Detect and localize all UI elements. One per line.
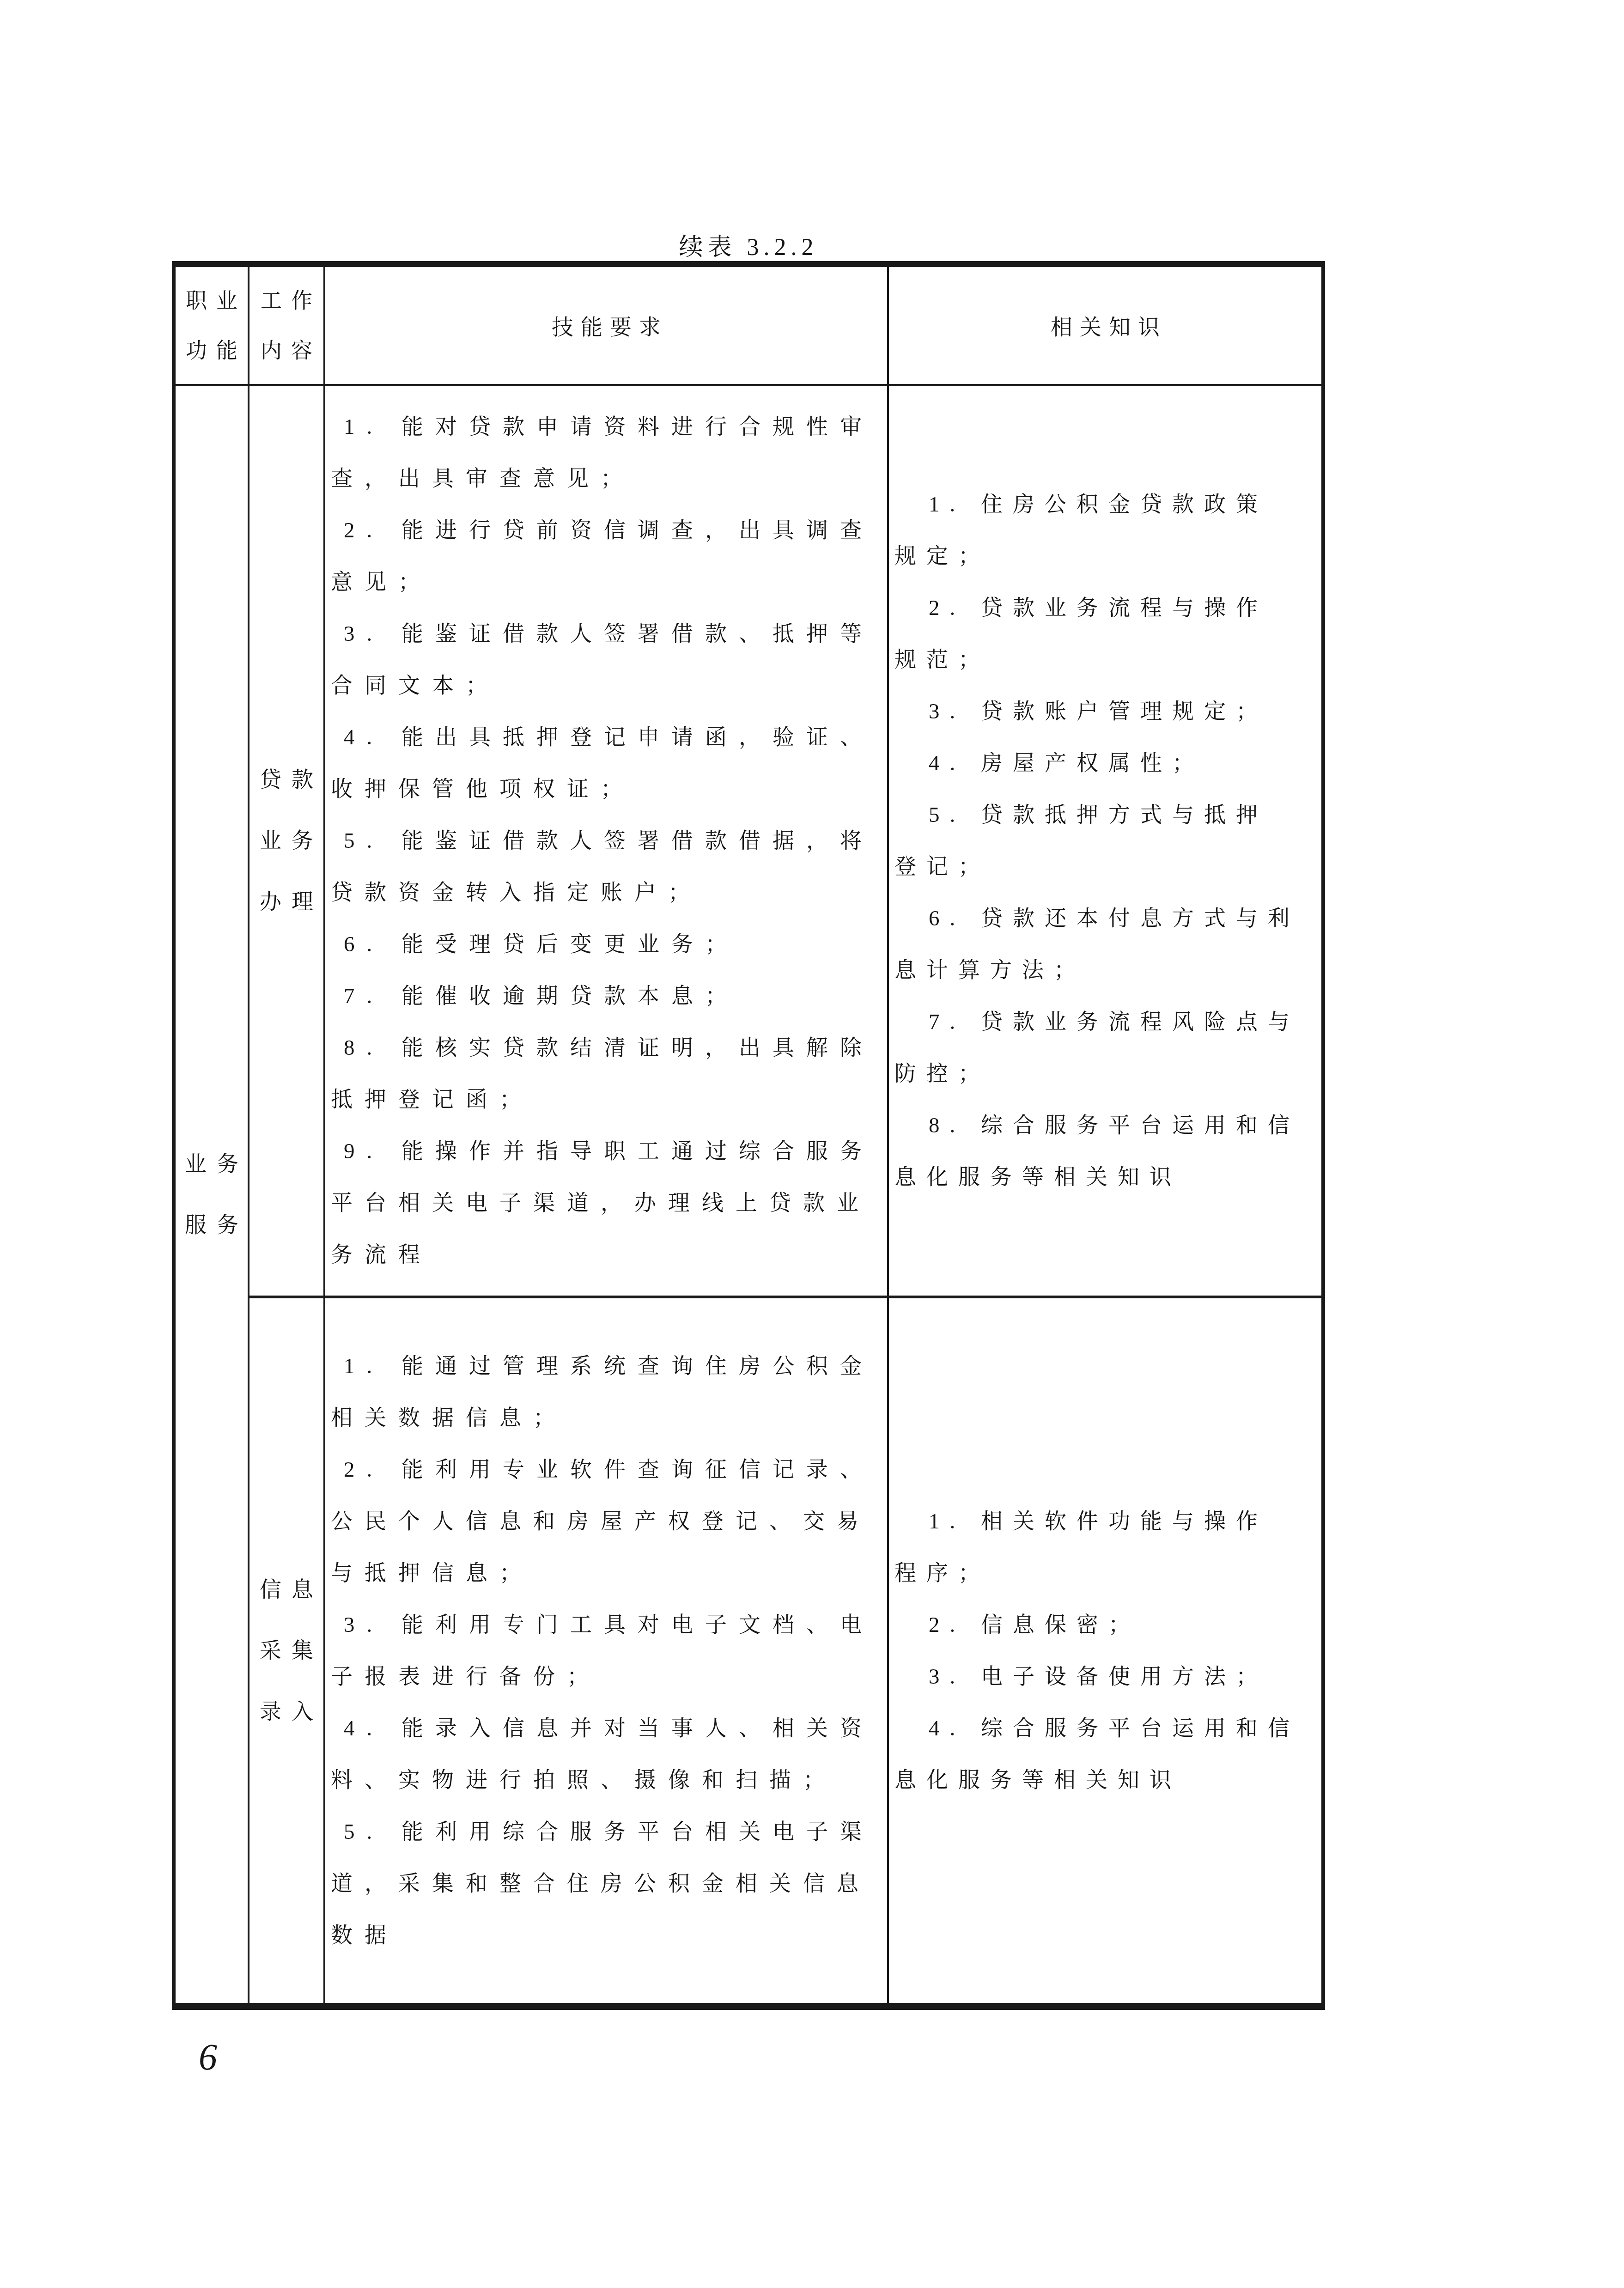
- header-label-skill-requirements: 技能要求: [552, 310, 668, 341]
- item-first-line: 7. 贷款业务流程风险点与: [894, 996, 1317, 1048]
- label-line: 功能: [186, 326, 247, 376]
- item-first-line: 4. 能出具抵押登记申请函，验证、: [331, 712, 882, 763]
- item-wrap-line: 息化服务等相关知识: [894, 1754, 1317, 1806]
- label-line: 采集: [260, 1620, 323, 1681]
- item-first-line: 4. 房屋产权属性；: [894, 737, 1317, 789]
- item-first-line: 1. 能通过管理系统查询住房公积金: [331, 1340, 882, 1392]
- label-line: 贷款: [260, 749, 323, 810]
- item-wrap-line: 登记；: [894, 841, 1317, 893]
- item-wrap-line: 程序；: [894, 1547, 1317, 1599]
- item-first-line: 7. 能催收逾期贷款本息；: [331, 970, 882, 1022]
- item-first-line: 5. 能鉴证借款人签署借款借据，将: [331, 815, 882, 867]
- item-first-line: 6. 能受理贷后变更业务；: [331, 919, 882, 970]
- item-first-line: 3. 能利用专门工具对电子文档、电: [331, 1599, 882, 1651]
- cell-knowledge-loan-processing: 1. 住房公积金贷款政策规定；2. 贷款业务流程与操作规范；3. 贷款账户管理规…: [889, 386, 1321, 1298]
- item-wrap-line: 收押保管他项权证；: [331, 763, 882, 815]
- item-wrap-line: 数据: [331, 1910, 882, 1961]
- item-first-line: 2. 信息保密；: [894, 1599, 1317, 1651]
- item-wrap-line: 料、实物进行拍照、摄像和扫描；: [331, 1754, 882, 1806]
- cell-work-content-loan-processing: 贷款业务办理: [249, 386, 325, 1298]
- item-first-line: 3. 能鉴证借款人签署借款、抵押等: [331, 608, 882, 660]
- label-line: 业务: [185, 1134, 249, 1195]
- item-first-line: 4. 综合服务平台运用和信: [894, 1703, 1317, 1754]
- label-line: 内容: [261, 326, 322, 376]
- label-line: 业务: [260, 810, 323, 871]
- item-first-line: 3. 贷款账户管理规定；: [894, 686, 1317, 737]
- item-wrap-line: 规范；: [894, 634, 1317, 686]
- label-line: 信息: [260, 1559, 323, 1620]
- label-line: 职业: [186, 276, 247, 326]
- item-first-line: 1. 相关软件功能与操作: [894, 1496, 1317, 1547]
- item-first-line: 4. 能录入信息并对当事人、相关资: [331, 1703, 882, 1754]
- item-wrap-line: 子报表进行备份；: [331, 1651, 882, 1703]
- item-first-line: 2. 贷款业务流程与操作: [894, 582, 1317, 634]
- header-label-related-knowledge: 相关知识: [1051, 310, 1167, 341]
- item-wrap-line: 贷款资金转入指定账户；: [331, 867, 882, 919]
- item-first-line: 3. 电子设备使用方法；: [894, 1651, 1317, 1703]
- item-wrap-line: 道，采集和整合住房公积金相关信息: [331, 1858, 882, 1910]
- cell-skills-loan-processing: 1. 能对贷款申请资料进行合规性审查，出具审查意见；2. 能进行贷前资信调查，出…: [325, 386, 889, 1298]
- item-wrap-line: 规定；: [894, 530, 1317, 582]
- item-first-line: 5. 贷款抵押方式与抵押: [894, 789, 1317, 841]
- item-wrap-line: 务流程: [331, 1229, 882, 1281]
- item-wrap-line: 与抵押信息；: [331, 1547, 882, 1599]
- cell-knowledge-info-collection: 1. 相关软件功能与操作程序；2. 信息保密；3. 电子设备使用方法；4. 综合…: [889, 1298, 1321, 2003]
- header-cell-occupation-function: 职业功能: [176, 267, 249, 386]
- label-line: 录入: [260, 1681, 323, 1742]
- item-first-line: 8. 能核实贷款结清证明，出具解除: [331, 1022, 882, 1074]
- page-title: 续表 3.2.2: [172, 227, 1325, 262]
- cell-skills-info-collection: 1. 能通过管理系统查询住房公积金相关数据信息；2. 能利用专业软件查询征信记录…: [325, 1298, 889, 2003]
- item-wrap-line: 查，出具审查意见；: [331, 453, 882, 505]
- item-wrap-line: 相关数据信息；: [331, 1392, 882, 1444]
- item-first-line: 9. 能操作并指导职工通过综合服务: [331, 1126, 882, 1177]
- item-wrap-line: 公民个人信息和房屋产权登记、交易: [331, 1496, 882, 1547]
- item-wrap-line: 平台相关电子渠道，办理线上贷款业: [331, 1177, 882, 1229]
- item-wrap-line: 息计算方法；: [894, 944, 1317, 996]
- item-wrap-line: 息化服务等相关知识: [894, 1151, 1317, 1203]
- item-wrap-line: 抵押登记函；: [331, 1074, 882, 1126]
- cell-work-content-info-collection: 信息采集录入: [249, 1298, 325, 2003]
- header-cell-skill-requirements: 技能要求: [325, 267, 889, 386]
- header-cell-work-content: 工作内容: [249, 267, 325, 386]
- cell-occupation-function-business-service: 业务服务: [176, 386, 249, 2003]
- label-line: 办理: [260, 871, 323, 932]
- item-first-line: 6. 贷款还本付息方式与利: [894, 893, 1317, 944]
- item-wrap-line: 合同文本；: [331, 660, 882, 712]
- item-first-line: 1. 能对贷款申请资料进行合规性审: [331, 401, 882, 453]
- item-first-line: 1. 住房公积金贷款政策: [894, 479, 1317, 530]
- page-number: 6: [199, 2037, 217, 2079]
- item-first-line: 5. 能利用综合服务平台相关电子渠: [331, 1806, 882, 1858]
- item-first-line: 2. 能进行贷前资信调查，出具调查: [331, 505, 882, 556]
- skill-standard-table: 职业功能 工作内容 技能要求 相关知识 业务服务 贷款业务办理 1. 能对贷款申…: [172, 261, 1325, 2010]
- label-line: 服务: [185, 1195, 249, 1256]
- item-wrap-line: 防控；: [894, 1048, 1317, 1100]
- item-first-line: 2. 能利用专业软件查询征信记录、: [331, 1444, 882, 1496]
- header-cell-related-knowledge: 相关知识: [889, 267, 1321, 386]
- item-wrap-line: 意见；: [331, 556, 882, 608]
- label-line: 工作: [261, 276, 322, 326]
- item-first-line: 8. 综合服务平台运用和信: [894, 1100, 1317, 1151]
